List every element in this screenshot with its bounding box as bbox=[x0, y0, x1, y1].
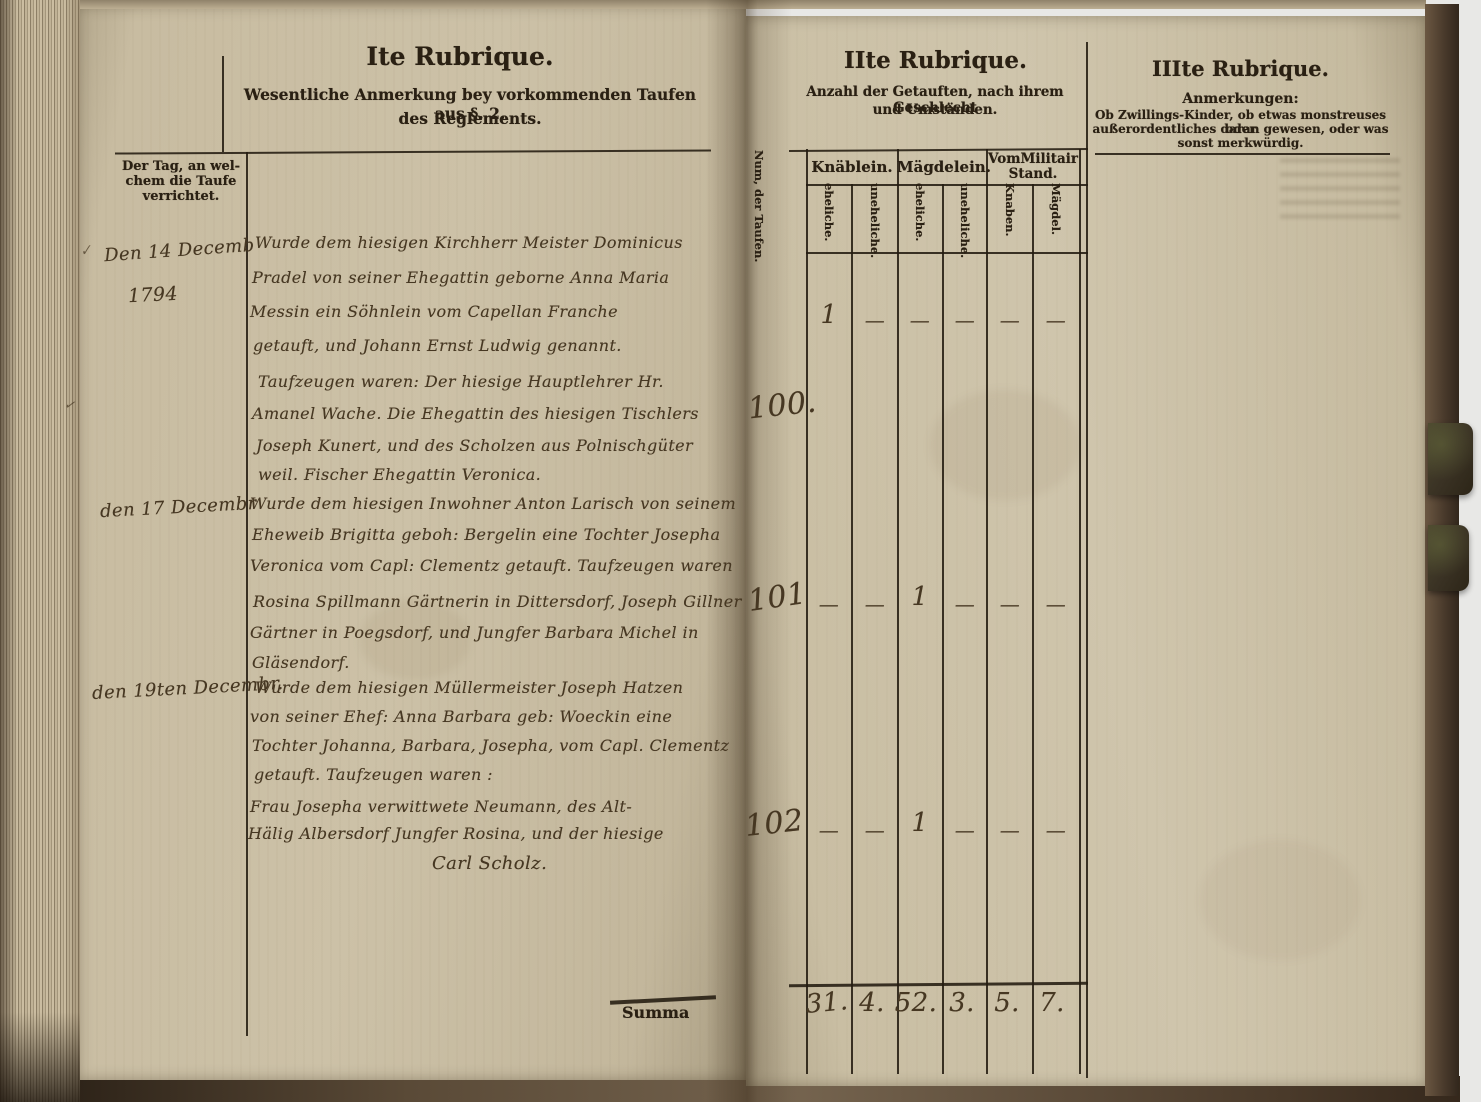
entry-text-line: Carl Scholz. bbox=[432, 853, 547, 874]
book-clasp-bottom bbox=[1428, 525, 1469, 591]
taufe-number: 100. bbox=[746, 385, 818, 427]
entry-text-line: getauft, und Johann Ernst Ludwig genannt… bbox=[253, 336, 622, 355]
tally-mark: — bbox=[988, 818, 1032, 842]
date-column-rule bbox=[246, 152, 248, 1036]
entry-date-year: 1794 bbox=[127, 283, 178, 308]
book-gutter-shadow bbox=[706, 0, 792, 1102]
tally-mark: — bbox=[898, 308, 942, 332]
tally-mark: — bbox=[1034, 818, 1078, 842]
tally-mark: — bbox=[988, 592, 1032, 616]
table-sub-maegdel: Mägdel. bbox=[1049, 183, 1063, 255]
summa-total: 4. bbox=[850, 988, 894, 1018]
tally-mark: — bbox=[943, 308, 987, 332]
rubrique2-title: IIte Rubrique. bbox=[793, 47, 1078, 74]
table-group-militair: VomMilitair Stand. bbox=[986, 152, 1080, 182]
rubrique2-subtitle-line2: und Umständen. bbox=[770, 102, 1100, 118]
rubrique3-line2: außerordentliches daran gewesen, oder wa… bbox=[1092, 122, 1389, 136]
table-group-maegdelein: Mägdelein. bbox=[897, 158, 987, 176]
date-column-header-line3: verrichtet. bbox=[117, 189, 245, 204]
entry-text-line: Gläsendorf. bbox=[252, 653, 350, 672]
taufe-number: 102 bbox=[743, 803, 805, 844]
table-groupheader-rule bbox=[806, 184, 1088, 186]
entry-text-line: Joseph Kunert, und des Scholzen aus Poln… bbox=[256, 436, 693, 455]
tally-mark: — bbox=[1034, 592, 1078, 616]
entry-text-line: Pradel von seiner Ehegattin geborne Anna… bbox=[252, 268, 669, 287]
entry-text-line: Wurde dem hiesigen Kirchherr Meister Dom… bbox=[255, 233, 683, 252]
summa-total: 31. bbox=[804, 986, 850, 1020]
table-group-knaeblein: Knäblein. bbox=[806, 158, 898, 176]
rubrique3-title: IIIte Rubrique. bbox=[1098, 56, 1383, 81]
rubrique1-subtitle-line2: des Reglements. bbox=[228, 109, 712, 128]
summa-total: 3. bbox=[940, 988, 984, 1018]
table-sub-uneheliche-2: uneheliche. bbox=[958, 183, 972, 255]
rubrique3-header-rule bbox=[1095, 153, 1390, 155]
table-sub-eheliche-1: eheliche. bbox=[822, 183, 836, 255]
tally-mark: 1 bbox=[898, 582, 942, 612]
tally-mark: 1 bbox=[898, 808, 942, 838]
book-clasp-top bbox=[1428, 423, 1473, 495]
summa-label: Summa bbox=[622, 1003, 689, 1022]
table-sub-knaben: Knaben. bbox=[1003, 183, 1017, 255]
entry-text-line: Veronica vom Capl: Clementz getauft. Tau… bbox=[250, 556, 733, 575]
summa-total: 7. bbox=[1030, 988, 1074, 1018]
table-sub-uneheliche-1: uneheliche. bbox=[868, 183, 882, 255]
rubrique3-line3: sonst merkwürdig. bbox=[1092, 136, 1389, 150]
entry-text-line: Eheweib Brigitta geboh: Bergelin eine To… bbox=[252, 525, 720, 544]
paper-stain bbox=[1200, 840, 1360, 960]
entry-text-line: Gärtner in Poegsdorf, und Jungfer Barbar… bbox=[250, 623, 699, 642]
tally-mark: — bbox=[988, 308, 1032, 332]
margin-tick: ✓ bbox=[63, 397, 76, 413]
tally-mark: — bbox=[853, 818, 897, 842]
tally-mark: — bbox=[943, 592, 987, 616]
date-column-header-line2: chem die Taufe bbox=[117, 174, 245, 189]
rubrique-divider-rule bbox=[1086, 42, 1088, 1078]
table-numcol-label: Num, der Taufen. bbox=[752, 150, 766, 260]
entry-text-line: von seiner Ehef: Anna Barbara geb: Woeck… bbox=[250, 707, 672, 726]
book-fore-edge bbox=[0, 0, 80, 1102]
table-vertical-rule bbox=[1079, 149, 1081, 1074]
entry-text-line: Wurde dem hiesigen Inwohner Anton Larisc… bbox=[250, 494, 736, 513]
tally-mark: — bbox=[943, 818, 987, 842]
entry-text-line: Rosina Spillmann Gärtnerin in Dittersdor… bbox=[253, 592, 742, 611]
tally-mark: — bbox=[1034, 308, 1078, 332]
rubrique3-heading: Anmerkungen: bbox=[1098, 91, 1383, 107]
tally-mark: 1 bbox=[807, 300, 851, 330]
entry-text-line: Wurde dem hiesigen Müllermeister Joseph … bbox=[255, 678, 683, 697]
entry-text-line: Tochter Johanna, Barbara, Josepha, vom C… bbox=[252, 736, 729, 755]
entry-text-line: Amanel Wache. Die Ehegattin des hiesigen… bbox=[252, 404, 699, 423]
table-sub-eheliche-2: eheliche. bbox=[913, 183, 927, 255]
rubrique1-title: Ite Rubrique. bbox=[270, 42, 650, 71]
tally-mark: — bbox=[853, 592, 897, 616]
summa-total: 52. bbox=[894, 988, 938, 1018]
entry-text-line: Taufzeugen waren: Der hiesige Hauptlehre… bbox=[258, 372, 664, 391]
tally-mark: — bbox=[807, 592, 851, 616]
entry-text-line: Frau Josepha verwittwete Neumann, des Al… bbox=[250, 797, 632, 816]
table-subheader-rule bbox=[806, 252, 1088, 254]
paper-stain bbox=[930, 390, 1080, 500]
entry-text-line: weil. Fischer Ehegattin Veronica. bbox=[258, 465, 541, 484]
entry-text-line: getauft. Taufzeugen waren : bbox=[254, 765, 493, 784]
tally-mark: — bbox=[853, 308, 897, 332]
tally-mark: — bbox=[807, 818, 851, 842]
summa-total: 5. bbox=[985, 988, 1029, 1018]
date-column-header-line1: Der Tag, an wel- bbox=[117, 159, 245, 174]
left-header-vertical-rule bbox=[222, 56, 224, 152]
entry-text-line: Hälig Albersdorf Jungfer Rosina, und der… bbox=[248, 824, 664, 843]
ink-bleedthrough bbox=[1280, 158, 1400, 224]
entry-text-line: Messin ein Söhnlein vom Capellan Franche bbox=[250, 302, 618, 321]
